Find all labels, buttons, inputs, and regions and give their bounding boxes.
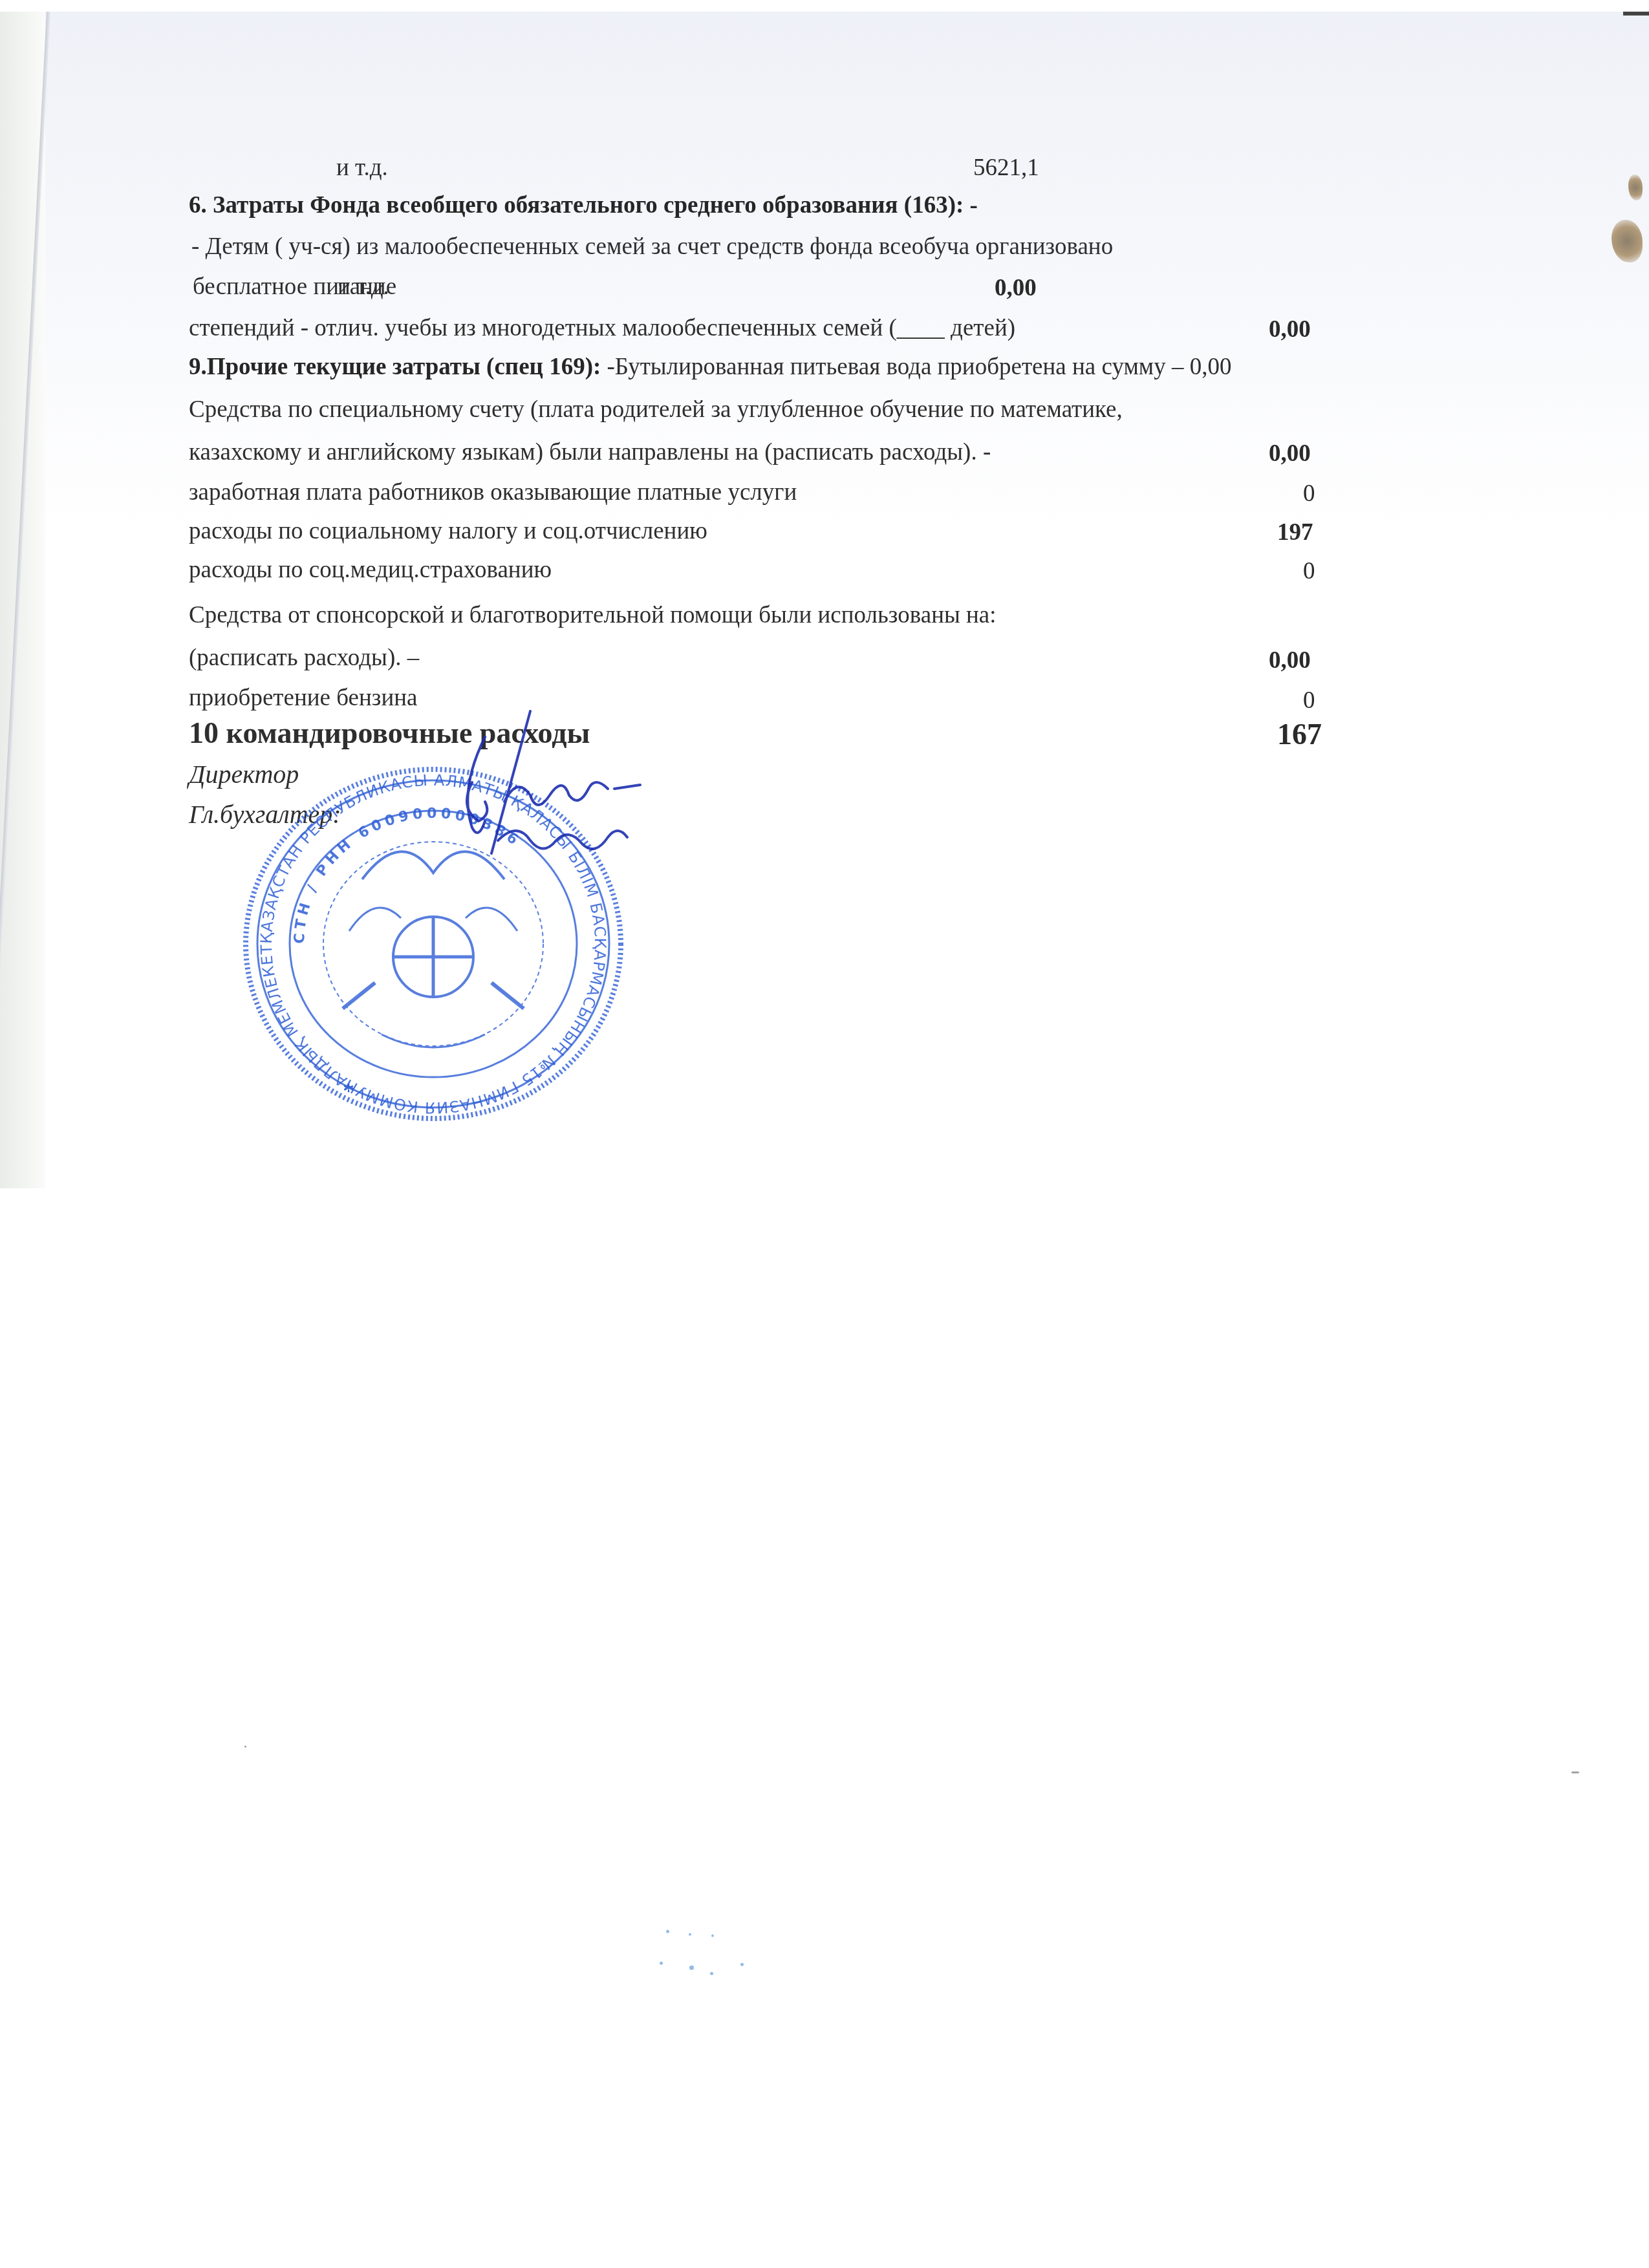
stipend-label: степендий - отлич. учебы из многодетных …: [189, 314, 1015, 343]
scan-top-border: [0, 0, 1649, 12]
med-insurance-value: 0: [1303, 557, 1315, 586]
itd-top: и т.д.: [336, 154, 388, 182]
section9-title: 9.Прочие текущие затраты (спец 169):: [189, 354, 601, 380]
section6-title: 6. Затраты Фонда всеобщего обязательного…: [189, 191, 978, 220]
special-account-value: 0,00: [1269, 440, 1311, 468]
handwritten-signature: [446, 698, 666, 866]
stipend-value: 0,00: [1269, 316, 1311, 344]
gasoline-value: 0: [1303, 687, 1315, 715]
scan-speck: [689, 1933, 691, 1936]
stamp-star-icon: *: [343, 1078, 354, 1104]
free-meals-value: 0,00: [995, 274, 1037, 303]
corner-mark: [1623, 12, 1649, 16]
scan-speck: [660, 1962, 663, 1965]
scan-speck: [740, 1963, 744, 1966]
scan-speck: [711, 1934, 714, 1937]
gasoline-label: приобретение бензина: [189, 684, 417, 712]
med-insurance-label: расходы по соц.медиц.страхованию: [189, 556, 552, 584]
salary-value: 0: [1303, 480, 1315, 508]
social-tax-value: 197: [1277, 519, 1313, 547]
scan-speck: [710, 1972, 713, 1975]
scan-speck: [666, 1930, 669, 1933]
salary-label: заработная плата работников оказывающие …: [189, 478, 797, 507]
stain-mark: [1628, 175, 1643, 200]
scan-speck: [244, 1746, 246, 1748]
social-tax-label: расходы по социальному налогу и соц.отчи…: [189, 517, 707, 546]
section10-value: 167: [1277, 720, 1322, 749]
scan-speck: [1571, 1771, 1579, 1773]
scan-speck: [689, 1965, 694, 1970]
section9-row: 9.Прочие текущие затраты (спец 169): -Бу…: [189, 353, 1232, 381]
sponsor-line2: (расписать расходы). –: [189, 644, 419, 672]
free-meals-itd: и т.д.: [338, 273, 389, 301]
children-line: - Детям ( уч-ся) из малообеспеченных сем…: [191, 233, 1113, 261]
special-account-line1: Средства по специальному счету (плата ро…: [189, 396, 1123, 424]
sponsor-value: 0,00: [1269, 647, 1311, 675]
special-account-line2: казахскому и английскому языкам) были на…: [189, 438, 991, 467]
total-top-value: 5621,1: [973, 154, 1039, 182]
sponsor-line1: Средства от спонсорской и благотворитель…: [189, 601, 997, 630]
section9-text: -Бутылированная питьевая вода приобретен…: [601, 354, 1231, 380]
